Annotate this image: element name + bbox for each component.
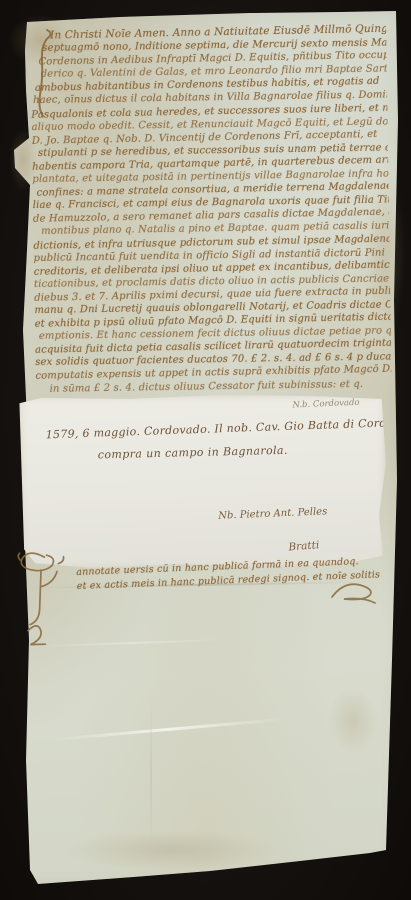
manuscript-photo: In Christi Noīe Amen. Anno a Natiuitate … — [0, 0, 411, 900]
note-summary-line-2: compra un campo in Bagnarola. — [98, 444, 288, 462]
closing-flourish-icon — [330, 577, 378, 607]
archival-reference: N.b. Cordovado — [292, 398, 359, 411]
archival-note-slip: N.b. Cordovado 1579, 6 maggio. Cordovado… — [19, 394, 386, 571]
main-text-block: In Christi Noīe Amen. Anno a Natiuitate … — [30, 23, 392, 395]
note-signature-surname: Bratti — [288, 539, 320, 553]
notary-sign-icon — [11, 546, 71, 652]
note-signature-name: Nb. Pietro Ant. Pelles — [218, 506, 327, 522]
note-summary-line-1: 1579, 6 maggio. Cordovado. Il nob. Cav. … — [46, 415, 411, 441]
